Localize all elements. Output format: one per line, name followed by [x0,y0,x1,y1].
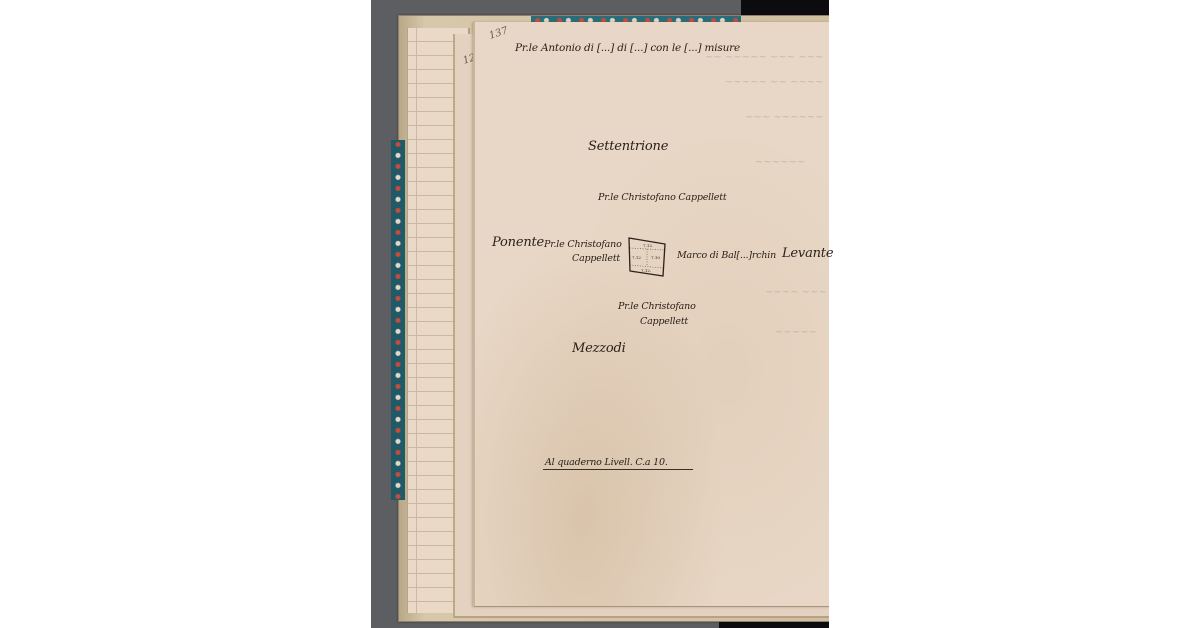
page-heading: Pr.le Antonio di [...] di [...] con le [… [515,42,740,54]
plot-outline-icon: 7.12. 7.12 7.10 7.12. [627,236,667,278]
document-viewer: 12 137 ~~ ~~~~~ ~~~ ~~~ ~~~~~ ~~ ~~~~ ~~… [371,0,829,628]
south-owner-line2: Cappellett [640,316,688,327]
land-plot-diagram: 7.12. 7.12 7.10 7.12. [627,236,667,278]
south-owner-line1: Pr.le Christofano [618,301,696,312]
main-manuscript-page: 137 ~~ ~~~~~ ~~~ ~~~ ~~~~~ ~~ ~~~~ ~~~ ~… [473,22,829,607]
ledger-margin-line [416,28,417,613]
register-reference: Al quaderno Livell. C.a 10. [545,457,668,468]
north-owner: Pr.le Christofano Cappellett [598,192,726,203]
south-label: Mezzodi [572,341,626,356]
plot-measure-top: 7.12. [643,243,653,248]
plot-measure-bottom: 7.12. [641,268,651,273]
north-label: Settentrione [588,139,668,154]
plot-measure-left: 7.12 [632,255,641,260]
reference-underline [543,469,693,470]
bleed-through-text: ~~~~~~ [755,157,805,168]
east-owner: Marco di Bal[...]rchin [677,250,776,261]
west-label: Ponente [492,235,544,250]
decorative-binding-spine [391,140,405,500]
west-owner-line1: Pr.le Christofano [544,239,622,250]
bleed-through-text: ~~~~~ [775,327,817,338]
bleed-through-text: ~~~ ~~~~~~ [745,112,824,123]
east-label: Levante [782,246,833,261]
plot-measure-right: 7.10 [651,255,660,260]
bleed-through-text: ~~~~~ ~~ ~~~~ [725,77,824,88]
bleed-through-text: ~~~~ ~~~ [765,287,827,298]
folio-number: 137 [488,25,510,41]
west-owner-line2: Cappellett [572,253,620,264]
